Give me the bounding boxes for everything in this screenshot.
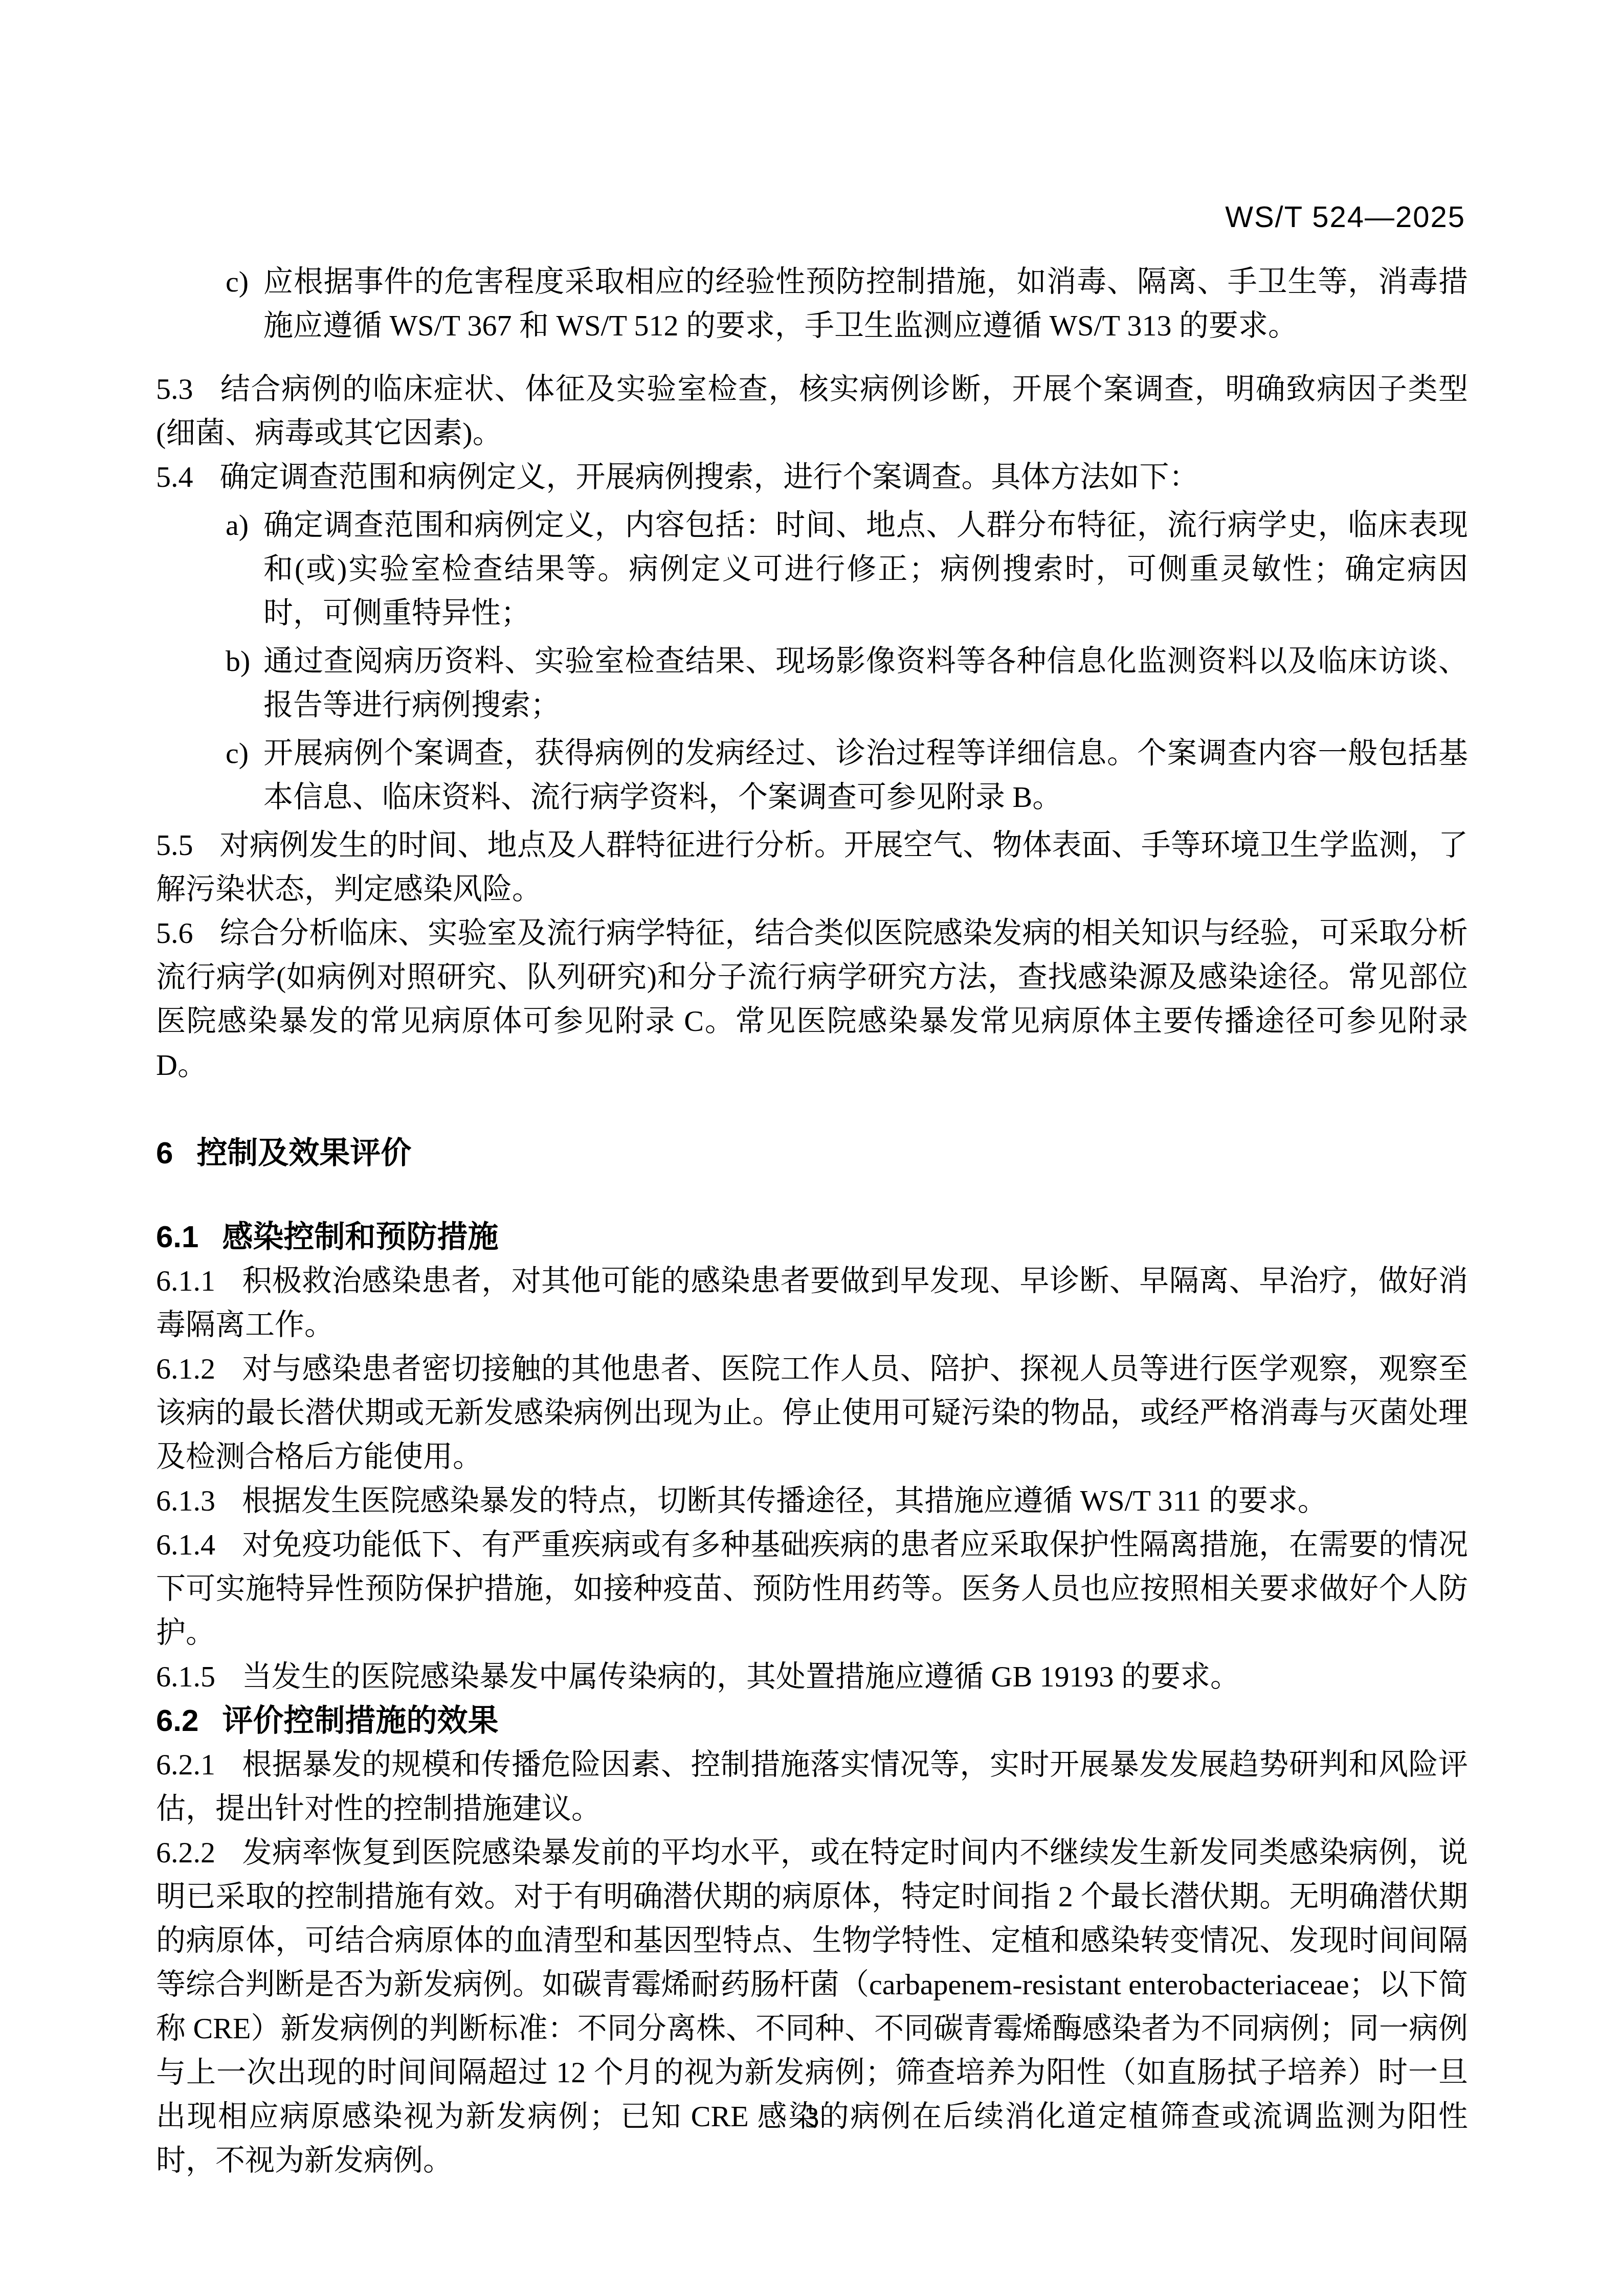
list-item-text: 开展病例个案调查，获得病例的发病经过、诊治过程等详细信息。个案调查内容一般包括基… (263, 736, 1468, 814)
clause-paragraph: 6.2.1根据暴发的规模和传播危险因素、控制措施落实情况等，实时开展暴发发展趋势… (156, 1743, 1468, 1831)
clause-text: 对病例发生的时间、地点及人群特征进行分析。开展空气、物体表面、手等环境卫生学监测… (156, 828, 1468, 906)
clause-paragraph: 6.1.1积极救治感染患者，对其他可能的感染患者要做到早发现、早诊断、早隔离、早… (156, 1259, 1468, 1347)
clause-text: 结合病例的临床症状、体征及实验室检查，核实病例诊断，开展个案调查，明确致病因子类… (156, 372, 1468, 449)
clause-text: 根据暴发的规模和传播危险因素、控制措施落实情况等，实时开展暴发发展趋势研判和风险… (156, 1748, 1468, 1825)
chapter-title: 控制及效果评价 (196, 1136, 411, 1170)
clause-paragraph: 5.3结合病例的临床症状、体征及实验室检查，核实病例诊断，开展个案调查，明确致病… (156, 367, 1468, 455)
clause-paragraph: 6.1.4对免疫功能低下、有严重疾病或有多种基础疾病的患者应采取保护性隔离措施，… (156, 1523, 1468, 1655)
list-item-text: 应根据事件的危害程度采取相应的经验性预防控制措施，如消毒、隔离、手卫生等，消毒措… (263, 265, 1468, 342)
clause-paragraph: 6.1.3根据发生医院感染暴发的特点，切断其传播途径，其措施应遵循 WS/T 3… (156, 1479, 1468, 1523)
clause-text: 对与感染患者密切接触的其他患者、医院工作人员、陪护、探视人员等进行医学观察，观察… (156, 1352, 1468, 1473)
clause-paragraph: 6.1.5当发生的医院感染暴发中属传染病的，其处置措施应遵循 GB 19193 … (156, 1655, 1468, 1699)
clause-number: 6.1.3 (156, 1484, 215, 1517)
list-item-text: 通过查阅病历资料、实验室检查结果、现场影像资料等各种信息化监测资料以及临床访谈、… (263, 644, 1468, 722)
clause-text: 当发生的医院感染暴发中属传染病的，其处置措施应遵循 GB 19193 的要求。 (242, 1660, 1240, 1693)
document-body: c) 应根据事件的危害程度采取相应的经验性预防控制措施，如消毒、隔离、手卫生等，… (156, 256, 1468, 2182)
clause-number: 6.1.2 (156, 1352, 215, 1385)
clause-paragraph: 5.4确定调查范围和病例定义，开展病例搜索，进行个案调查。具体方法如下： (156, 455, 1468, 499)
clause-text: 积极救治感染患者，对其他可能的感染患者要做到早发现、早诊断、早隔离、早治疗，做好… (156, 1264, 1468, 1341)
clause-number: 6.1.1 (156, 1264, 215, 1297)
list-item-text: 确定调查范围和病例定义，内容包括：时间、地点、人群分布特征，流行病学史，临床表现… (263, 508, 1468, 629)
clause-text: 对免疫功能低下、有严重疾病或有多种基础疾病的患者应采取保护性隔离措施，在需要的情… (156, 1528, 1468, 1649)
clause-number: 5.3 (156, 372, 193, 406)
standard-code-header: WS/T 524—2025 (1225, 200, 1465, 234)
section-heading: 6.1感染控制和预防措施 (156, 1215, 1468, 1259)
clause-text: 根据发生医院感染暴发的特点，切断其传播途径，其措施应遵循 WS/T 311 的要… (242, 1484, 1327, 1517)
clause-paragraph: 5.6综合分析临床、实验室及流行病学特征，结合类似医院感染发病的相关知识与经验，… (156, 911, 1468, 1087)
clause-number: 6.1.5 (156, 1660, 215, 1693)
list-item: a) 确定调查范围和病例定义，内容包括：时间、地点、人群分布特征，流行病学史，临… (156, 503, 1468, 635)
clause-number: 6.2.2 (156, 1836, 215, 1869)
section-title: 感染控制和预防措施 (222, 1220, 498, 1254)
list-item-marker: a) (226, 503, 249, 547)
chapter-number: 6 (156, 1136, 173, 1170)
list-item-marker: c) (226, 731, 249, 775)
page-number: 3 (0, 2103, 1624, 2133)
list-item: c) 开展病例个案调查，获得病例的发病经过、诊治过程等详细信息。个案调查内容一般… (156, 731, 1468, 819)
list-item: b) 通过查阅病历资料、实验室检查结果、现场影像资料等各种信息化监测资料以及临床… (156, 639, 1468, 727)
document-page: WS/T 524—2025 c) 应根据事件的危害程度采取相应的经验性预防控制措… (0, 0, 1624, 2296)
section-title: 评价控制措施的效果 (222, 1703, 498, 1738)
section-number: 6.2 (156, 1703, 198, 1738)
section-number: 6.1 (156, 1220, 198, 1254)
clause-number: 5.4 (156, 460, 193, 493)
clause-number: 6.1.4 (156, 1528, 215, 1561)
list-item: c) 应根据事件的危害程度采取相应的经验性预防控制措施，如消毒、隔离、手卫生等，… (156, 260, 1468, 348)
clause-paragraph: 6.1.2对与感染患者密切接触的其他患者、医院工作人员、陪护、探视人员等进行医学… (156, 1347, 1468, 1479)
list-item-marker: b) (226, 639, 250, 683)
clause-number: 5.5 (156, 828, 193, 862)
list-item-marker: c) (226, 260, 249, 304)
clause-number: 6.2.1 (156, 1748, 215, 1781)
section-heading: 6.2评价控制措施的效果 (156, 1699, 1468, 1743)
clause-paragraph: 5.5对病例发生的时间、地点及人群特征进行分析。开展空气、物体表面、手等环境卫生… (156, 823, 1468, 911)
chapter-heading: 6控制及效果评价 (156, 1131, 1468, 1175)
clause-number: 5.6 (156, 916, 193, 950)
clause-text: 综合分析临床、实验室及流行病学特征，结合类似医院感染发病的相关知识与经验，可采取… (156, 916, 1468, 1082)
clause-text: 确定调查范围和病例定义，开展病例搜索，进行个案调查。具体方法如下： (220, 460, 1199, 493)
